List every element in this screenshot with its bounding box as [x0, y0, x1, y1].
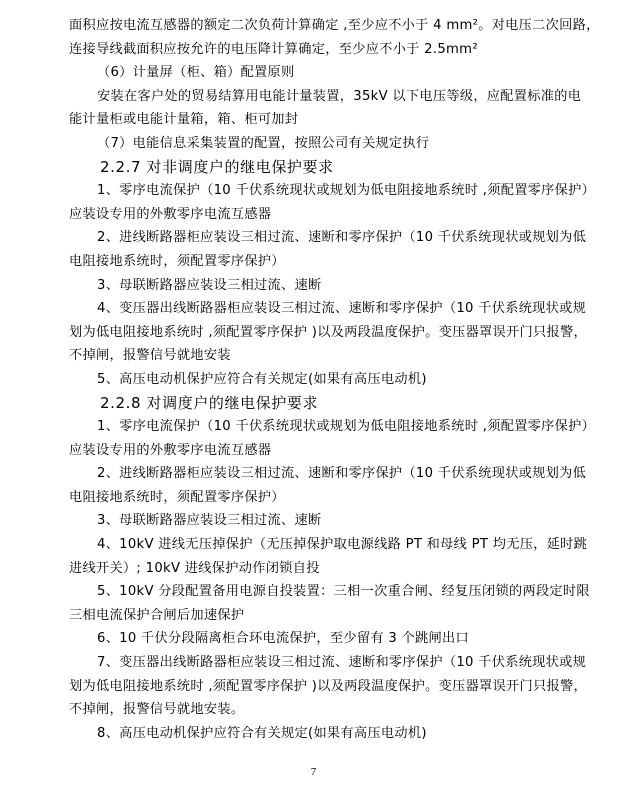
list-item: 5、高压电动机保护应符合有关规定(如果有高压电动机) — [69, 368, 567, 392]
paragraph-line: 不掉闸，报警信号就地安装 — [69, 344, 567, 368]
list-item: 5、10kV 分段配置备用电源自投装置：三相一次重合闸、经复压闭锁的两段定时限 — [69, 580, 567, 604]
list-item: 2、进线断路器柜应装设三相过流、速断和零序保护（10 千伏系统现状或规划为低 — [69, 226, 567, 250]
section-heading-2-2-7: 2.2.7 对非调度户的继电保护要求 — [69, 156, 567, 180]
document-page: 面积应按电流互感器的额定二次负荷计算确定 ,至少应不小于 4 mm²。对电压二次… — [69, 14, 567, 745]
paragraph-line: 连接导线截面积应按允许的电压降计算确定，至少应不小于 2.5mm² — [69, 38, 567, 62]
paragraph-line: 三相电流保护合闸后加速保护 — [69, 604, 567, 628]
paragraph-line: 划为低电阻接地系统时 ,须配置零序保护 )以及两段温度保护。变压器罩误开门只报警… — [69, 321, 567, 345]
page-number: 7 — [0, 766, 627, 778]
list-item: 7、变压器出线断路器柜应装设三相过流、速断和零序保护（10 千伏系统现状或规 — [69, 651, 567, 675]
list-item: 2、进线断路器柜应装设三相过流、速断和零序保护（10 千伏系统现状或规划为低 — [69, 462, 567, 486]
paragraph-line: 不掉闸，报警信号就地安装。 — [69, 698, 567, 722]
section-heading-2-2-8: 2.2.8 对调度户的继电保护要求 — [69, 392, 567, 416]
subsection-title-metering-cabinet: （6）计量屏（柜、箱）配置原则 — [69, 61, 567, 85]
list-item: 3、母联断路器应装设三相过流、速断 — [69, 274, 567, 298]
paragraph-line: 安装在客户处的贸易结算用电能计量装置，35kV 以下电压等级，应配置标准的电 — [69, 85, 567, 109]
list-item: 8、高压电动机保护应符合有关规定(如果有高压电动机) — [69, 722, 567, 746]
paragraph-line: 应装设专用的外敷零序电流互感器 — [69, 203, 567, 227]
subsection-title-data-collection: （7）电能信息采集装置的配置，按照公司有关规定执行 — [69, 132, 567, 156]
paragraph-line: 划为低电阻接地系统时 ,须配置零序保护 )以及两段温度保护。变压器罩误开门只报警… — [69, 675, 567, 699]
list-item: 1、零序电流保护（10 千伏系统现状或规划为低电阻接地系统时 ,须配置零序保护） — [69, 179, 567, 203]
list-item: 4、变压器出线断路器柜应装设三相过流、速断和零序保护（10 千伏系统现状或规 — [69, 297, 567, 321]
paragraph-line: 面积应按电流互感器的额定二次负荷计算确定 ,至少应不小于 4 mm²。对电压二次… — [69, 14, 567, 38]
list-item: 6、10 千伏分段隔离柜合环电流保护，至少留有 3 个跳闸出口 — [69, 627, 567, 651]
paragraph-line: 应装设专用的外敷零序电流互感器 — [69, 439, 567, 463]
list-item: 3、母联断路器应装设三相过流、速断 — [69, 509, 567, 533]
list-item: 4、10kV 进线无压掉保护（无压掉保护取电源线路 PT 和母线 PT 均无压，… — [69, 533, 567, 557]
paragraph-line: 能计量柜或电能计量箱，箱、柜可加封 — [69, 108, 567, 132]
paragraph-line: 进线开关）; 10kV 进线保护动作闭锁自投 — [69, 557, 567, 581]
list-item: 1、零序电流保护（10 千伏系统现状或规划为低电阻接地系统时 ,须配置零序保护） — [69, 415, 567, 439]
paragraph-line: 电阻接地系统时，须配置零序保护） — [69, 250, 567, 274]
paragraph-line: 电阻接地系统时，须配置零序保护） — [69, 486, 567, 510]
